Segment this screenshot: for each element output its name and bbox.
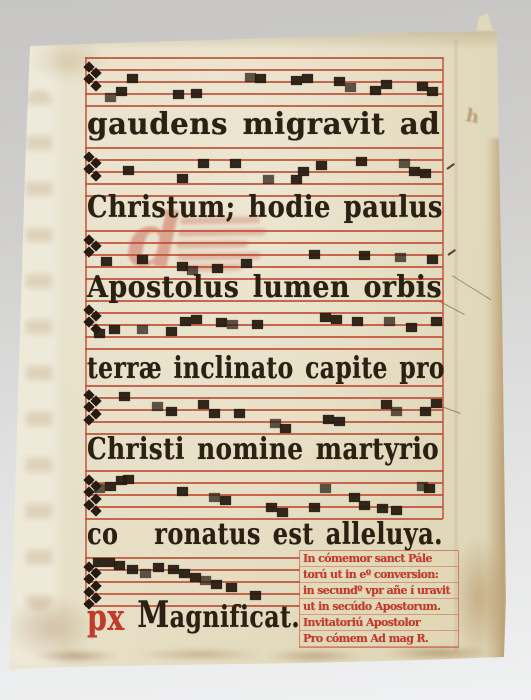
stain-top-edge (28, 31, 498, 49)
neume (420, 169, 431, 178)
neume (420, 407, 431, 416)
neume (137, 255, 148, 264)
staff-line (85, 242, 443, 244)
staff-line (85, 336, 443, 338)
stain-left-spots (26, 90, 52, 610)
custos-tick (447, 249, 456, 256)
neume (263, 175, 274, 184)
staff-line (85, 171, 443, 173)
neume (209, 409, 220, 418)
neume (200, 576, 211, 585)
neume (427, 87, 438, 96)
neume (345, 83, 356, 92)
rubric-line: torú ut in eº conversion: (300, 567, 458, 583)
neume (384, 317, 395, 326)
lyric-text: Christi nomine martyrio (87, 428, 439, 472)
neume (226, 583, 237, 592)
lyric-text: Christum; hodie paulus (87, 186, 443, 230)
neume (179, 569, 190, 578)
neume (334, 417, 345, 426)
neume (191, 315, 202, 324)
neume (114, 561, 125, 570)
rubric-line: Pro cómem Ad mag R. (300, 631, 458, 647)
photo-background: d h gaudens migravit adChristum; hodie p… (0, 0, 531, 700)
marginal-mark: h (464, 105, 481, 128)
neume (349, 493, 360, 502)
neume (424, 484, 435, 493)
neume (166, 407, 177, 416)
neume (370, 86, 381, 95)
neume (211, 580, 222, 589)
neume (216, 318, 227, 327)
neume (359, 251, 370, 260)
neume (93, 558, 104, 567)
neume (395, 253, 406, 262)
neume (109, 325, 120, 334)
neume (302, 74, 313, 83)
stain-bottom-left (6, 595, 96, 660)
neume (198, 400, 209, 409)
staff-line (85, 494, 443, 496)
neume (220, 496, 231, 505)
neume (399, 159, 410, 168)
neume (431, 317, 442, 326)
neume (173, 90, 184, 99)
neume (409, 167, 420, 176)
staff-line (85, 159, 443, 161)
rubric-line: ut in secúdo Apostorum. (300, 599, 458, 615)
neume (334, 77, 345, 86)
custos-tick (446, 163, 455, 170)
neume (198, 159, 209, 168)
neume (252, 320, 263, 329)
neume (270, 419, 281, 428)
neume (377, 504, 388, 513)
neume (119, 392, 130, 401)
neume (191, 89, 202, 98)
neume (127, 565, 138, 574)
neume (381, 80, 392, 89)
neume (123, 475, 134, 484)
neume (230, 159, 241, 168)
neume (356, 157, 367, 166)
neume (255, 74, 266, 83)
neume (323, 415, 334, 424)
neume (320, 313, 331, 322)
neume (359, 501, 370, 510)
neume (140, 569, 151, 578)
lyric-line: gaudens migravit ad (87, 103, 449, 149)
staff-line (85, 506, 443, 508)
lyric-text: pxMagnificat. (87, 593, 300, 640)
neume (123, 166, 134, 175)
neume (209, 493, 220, 502)
lyric-line: Christum; hodie paulus (87, 186, 501, 232)
neume (152, 402, 163, 411)
red-abbreviation: px (87, 597, 125, 639)
stain-left-margin (6, 45, 58, 667)
neume (116, 87, 127, 96)
neume (266, 503, 277, 512)
neume (153, 563, 164, 572)
neume (381, 400, 392, 409)
neume (127, 74, 138, 83)
neume (291, 175, 302, 184)
lyric-word: Magnificat. (137, 593, 300, 640)
neume (316, 161, 327, 170)
neume (105, 482, 116, 491)
rubric-line: Invitatoriú Apostolor (300, 615, 458, 631)
neume (177, 487, 188, 496)
neume (104, 558, 115, 567)
neume (352, 317, 363, 326)
rubric-line: in secundº vpr añe í uravit (300, 583, 458, 599)
neume (168, 565, 179, 574)
neume (234, 409, 245, 418)
neume (105, 93, 116, 102)
rubric-block: In cómemor sanct Páletorú ut in eº conve… (299, 550, 459, 648)
neume (227, 320, 238, 329)
neume (166, 327, 177, 336)
staff-line (85, 397, 443, 399)
neume (309, 250, 320, 259)
neume (94, 329, 105, 338)
neume (245, 73, 256, 82)
staff-line (85, 482, 443, 484)
neume (331, 315, 342, 324)
neume (391, 407, 402, 416)
neume (298, 167, 309, 176)
staff-line (85, 421, 443, 423)
staff-line (85, 409, 443, 411)
lyric-text: gaudens migravit ad (87, 103, 440, 147)
neume (101, 257, 112, 266)
lyric-text: terræ inclinato capite pro (87, 347, 445, 391)
neume (177, 174, 188, 183)
lyric-line: Christi nomine martyrio (87, 428, 514, 474)
staff-line (85, 312, 443, 314)
lyric-text: Apostolus lumen orbis (87, 266, 442, 310)
staff-line (85, 93, 443, 95)
staff-line (85, 57, 443, 59)
neume (431, 399, 442, 408)
neume (427, 255, 438, 264)
lyric-line: terræ inclinato capite pro (87, 347, 531, 393)
neume (320, 484, 331, 493)
manuscript-page: d h gaudens migravit adChristum; hodie p… (0, 0, 531, 700)
staff-line (85, 69, 443, 71)
neume (190, 573, 201, 582)
neume (406, 323, 417, 332)
neume (417, 82, 428, 91)
music-staff (85, 57, 443, 107)
neume (180, 317, 191, 326)
neume (94, 484, 105, 493)
neume (137, 325, 148, 334)
lyric-line: Apostolus lumen orbis (87, 266, 482, 312)
rubric-line: In cómemor sanct Pále (300, 551, 458, 567)
neume (309, 503, 320, 512)
neume (291, 76, 302, 85)
